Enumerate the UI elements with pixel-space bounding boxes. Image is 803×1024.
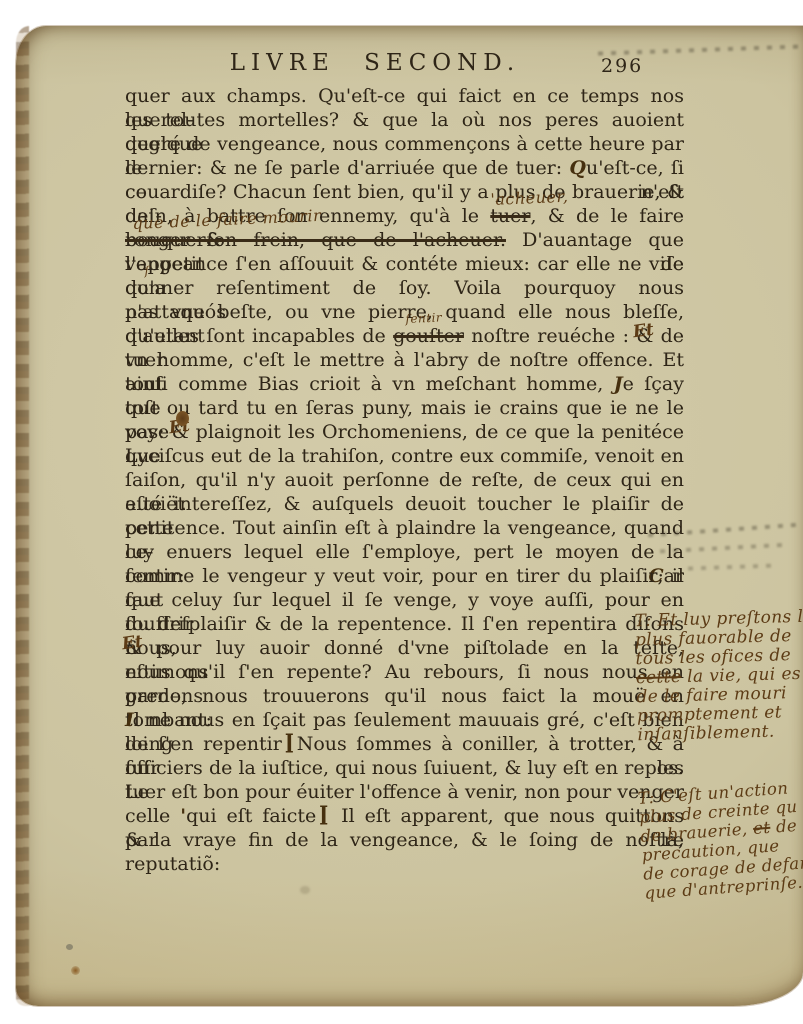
text-line: vengeance ſ'en aſſouuit & contéte mieux:… bbox=[125, 252, 684, 276]
margin-annotation-mid: T: Et luy preſtons lplus fauorable detou… bbox=[634, 608, 803, 745]
text-line: ronger ſon frein, que de l'acheuer.que d… bbox=[125, 228, 684, 252]
handwritten-correction: ſentir bbox=[405, 306, 443, 332]
printed-text: de ſ'en repentir bbox=[125, 733, 282, 755]
text-line: ſaiſon, qu'il n'y auoit perſonne de reſt… bbox=[125, 468, 684, 492]
printed-text: pas: bbox=[125, 421, 172, 443]
text-line: &Et pour luy auoir donné d'vne piſtolade… bbox=[125, 636, 684, 660]
text: pas: bbox=[125, 421, 172, 443]
handwritten-correction: Et bbox=[120, 630, 144, 657]
text: celle bbox=[125, 805, 180, 827]
handwritten-correction: Et bbox=[632, 318, 656, 345]
printed-text: qu'elles ſont incapables de bbox=[125, 325, 393, 347]
text: Q bbox=[569, 157, 586, 179]
margin-annotation-bottom: T: C'eſt un'actionplus de creinte qude b… bbox=[637, 777, 803, 902]
text-line: celle 'qui eſt faicteI Il eſt apparent, … bbox=[125, 804, 684, 828]
text-line: dernier: & ne ſe parle d'arriuée que de … bbox=[125, 156, 684, 180]
struck-text: cette bbox=[636, 667, 682, 688]
text: Lyciſcus eut de la trahiſon, contre eux … bbox=[125, 445, 684, 467]
text-line: luy enuers lequel elle ſ'employe, pert l… bbox=[125, 540, 684, 564]
struck-text: et bbox=[752, 818, 770, 838]
text: dernier: & ne ſe parle d'arriuée que de … bbox=[125, 157, 569, 179]
printed-text: dernier: & ne ſe parle d'arriuée que de … bbox=[125, 157, 569, 179]
text-line: officiers de la iuſtice, qui nous ſuiuen… bbox=[125, 756, 684, 780]
handwritten-letter: J bbox=[614, 373, 623, 395]
text: I bbox=[125, 709, 134, 731]
text: cette bbox=[636, 667, 682, 688]
handwritten-letter: I bbox=[125, 709, 134, 731]
text: I bbox=[285, 729, 294, 760]
printed-text: donner re bbox=[125, 277, 237, 299]
printed-text: inſanſiblement. bbox=[637, 722, 775, 746]
overwritten-text: &Et bbox=[636, 325, 653, 347]
text: qui eſt faicte bbox=[186, 805, 316, 827]
text: de ſ'en repentir bbox=[125, 733, 282, 755]
text-line: tuer eſt bon pour éuiter l'offence à ven… bbox=[125, 780, 684, 804]
text-line: couardiſe? Chacun ſent bien, qu'il y a p… bbox=[125, 180, 684, 204]
text-line: Il ne nous en ſçait pas ſeulement mauuai… bbox=[125, 708, 684, 732]
printed-text: de bbox=[770, 816, 798, 837]
text-line: vn homme, c'eſt le mettre à l'abry de no… bbox=[125, 348, 684, 372]
text-line: quer aux champs. Qu'eſt-ce qui faict en … bbox=[125, 84, 684, 108]
text: de bbox=[770, 816, 798, 837]
text-line: du deſplaiſir & de la repentence. Il ſ'e… bbox=[125, 612, 684, 636]
text-line: qu'elles ſont incapables de gouſterſenti… bbox=[125, 324, 684, 348]
ink-spot bbox=[71, 966, 80, 975]
text-line: toſt ou tard tu en ſeras puny, mais ie c… bbox=[125, 396, 684, 420]
printed-text: ainſi comme Bias crioit à vn meſchant ho… bbox=[125, 373, 614, 395]
text-line: penitence. Tout ainſin eſt à plaindre la… bbox=[125, 516, 684, 540]
text: ainſi comme Bias crioit à vn meſchant ho… bbox=[125, 373, 614, 395]
overwritten-text: &Et bbox=[125, 637, 142, 659]
printed-text: noſtre reuéche : bbox=[464, 325, 636, 347]
text: qu'elles ſont incapables de bbox=[125, 325, 393, 347]
text-line: pas: &Et plaignoit les Orchomeniens, de … bbox=[125, 420, 684, 444]
text: noſtre reuéche : bbox=[464, 325, 636, 347]
printed-text: tuer eſt bon pour éuiter l'offence à ven… bbox=[125, 781, 684, 803]
text-line: nous qu'il ſ'en repente? Au rebours, ſi … bbox=[125, 660, 684, 684]
printed-text-block: quer aux champs. Qu'eſt-ce qui faict en … bbox=[125, 84, 684, 852]
printed-text: Lyciſcus eut de la trahiſon, contre eux … bbox=[125, 445, 684, 467]
text-line: Lyciſcus eut de la trahiſon, contre eux … bbox=[125, 444, 684, 468]
text: inſanſiblement. bbox=[637, 722, 775, 746]
text-line: comme le vengeur y veut voir, pour en ti… bbox=[125, 564, 684, 588]
text: donner re bbox=[125, 277, 237, 299]
text: et bbox=[752, 818, 770, 838]
text-line: de ſ'en repentirINous ſommes à coniller,… bbox=[125, 732, 684, 756]
handwritten-letter: Q bbox=[569, 157, 586, 179]
running-header-title: LIVRE SECOND. bbox=[125, 50, 625, 76]
text: tuer eſt bon pour éuiter l'offence à ven… bbox=[125, 781, 684, 803]
text-line: & la vraye fin de la vengeance, & le ſoi… bbox=[125, 828, 684, 852]
text-line: ainſi comme Bias crioit à vn meſchant ho… bbox=[125, 372, 684, 396]
printed-text: qui eſt faicte bbox=[186, 805, 316, 827]
ink-spot bbox=[176, 411, 189, 426]
text-line: que celuy ſur lequel il ſe venge, y voye… bbox=[125, 588, 684, 612]
text-line: les toutes mortelles? & que la où nos pe… bbox=[125, 108, 684, 132]
text: I bbox=[319, 801, 328, 832]
ink-spot bbox=[300, 886, 310, 894]
text-line: eſté intereſſez, & auſquels deuoit touch… bbox=[125, 492, 684, 516]
handwritten-correction: ſ bbox=[144, 259, 150, 283]
book-page-photo: LIVRE SECOND. 296 quer aux champs. Qu'eſ… bbox=[0, 0, 803, 1024]
printed-text: celle bbox=[125, 805, 180, 827]
text-line: donner reſſentiment de ſoy. Voila pourqu… bbox=[125, 276, 684, 300]
text-line: garde, nous trouuerons qu'il nous faict … bbox=[125, 684, 684, 708]
page-number: 296 bbox=[601, 55, 643, 77]
text-line: degré de vengeance, nous commençons à ce… bbox=[125, 132, 684, 156]
page-ragged-edge bbox=[16, 26, 29, 1006]
ink-spot bbox=[66, 944, 73, 950]
text: J bbox=[614, 373, 623, 395]
handwritten-correction: 'acheuer, bbox=[490, 185, 569, 212]
